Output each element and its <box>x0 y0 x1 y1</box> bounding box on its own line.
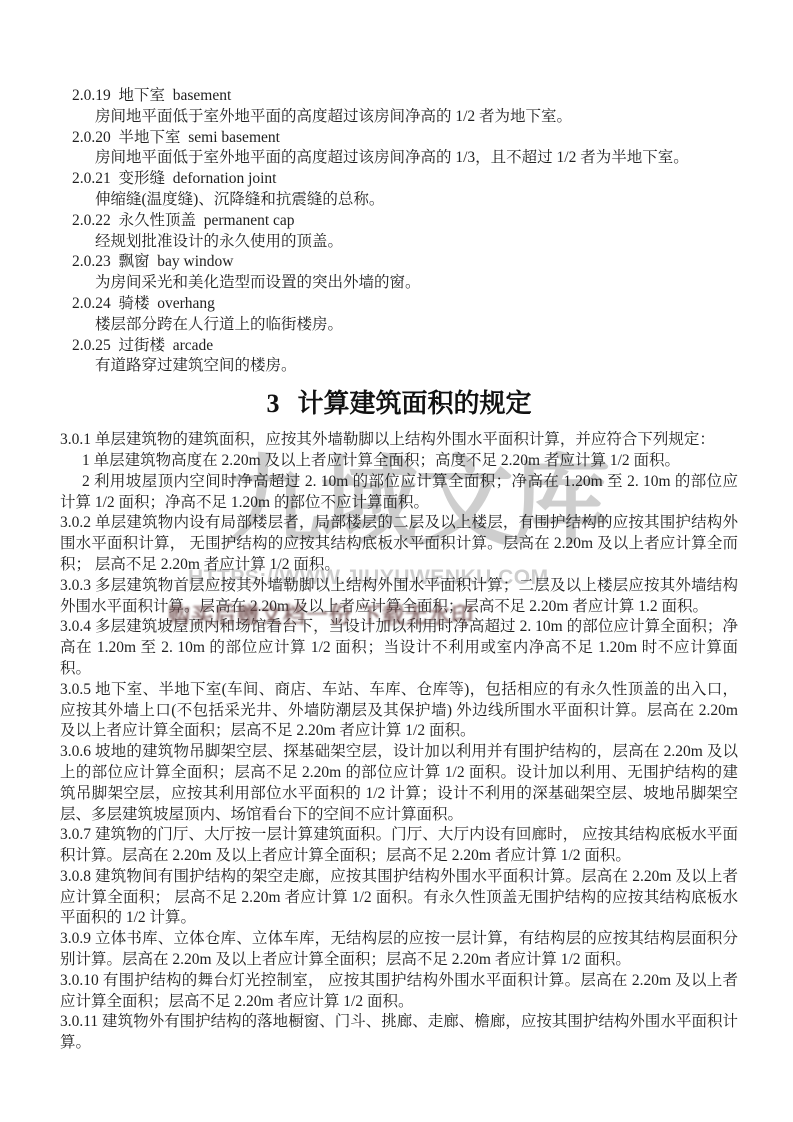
article-3-0-1: 3.0.1 单层建筑物的建筑面积，应按其外墙勒脚以上结构外围水平面积计算，并应符… <box>60 430 738 451</box>
term-line-2-0-24: 2.0.24 骑楼 overhang <box>60 294 738 315</box>
term-line-2-0-22: 2.0.22 永久性顶盖 permanent cap <box>60 211 738 232</box>
article-3-0-5: 3.0.5 地下室、半地下室(车间、商店、车站、车库、仓库等)，包括相应的有永久… <box>60 680 738 742</box>
term-line-2-0-20: 2.0.20 半地下室 semi basement <box>60 128 738 149</box>
term-line-2-0-23: 2.0.23 飘窗 bay window <box>60 252 738 273</box>
document-page: 九域文库 HTTPS://WWW.JIUYUWENKU.COM 购买后赠文档一份… <box>0 0 793 1122</box>
term-line-2-0-21: 2.0.21 变形缝 defornation joint <box>60 169 738 190</box>
definition-line-2-0-23: 为房间采光和美化造型而设置的突出外墙的窗。 <box>60 273 738 294</box>
section-number: 3 <box>266 389 279 418</box>
article-3-0-11: 3.0.11 建筑物外有围护结构的落地橱窗、门斗、挑廊、走廊、檐廊，应按其围护结… <box>60 1012 738 1054</box>
definition-line-2-0-19: 房间地平面低于室外地平面的高度超过该房间净高的 1/2 者为地下室。 <box>60 107 738 128</box>
definition-line-2-0-20: 房间地平面低于室外地平面的高度超过该房间净高的 1/3，且不超过 1/2 者为半… <box>60 148 738 169</box>
article-3-0-7: 3.0.7 建筑物的门厅、大厅按一层计算建筑面积。门厅、大厅内设有回廊时， 应按… <box>60 825 738 867</box>
definition-line-2-0-21: 伸缩缝(温度缝)、沉降缝和抗震缝的总称。 <box>60 190 738 211</box>
article-3-0-1-item-1: 1 单层建筑物高度在 2.20m 及以上者应计算全面积；高度不足 2.20m 者… <box>60 451 738 472</box>
definition-line-2-0-25: 有道路穿过建筑空间的楼房。 <box>60 356 738 377</box>
article-3-0-1-item-2: 2 利用坡屋顶内空间时净高超过 2. 10m 的部位应计算全面积；净高在 1.2… <box>60 472 738 514</box>
article-3-0-8: 3.0.8 建筑物间有围护结构的架空走廊，应按其围护结构外围水平面积计算。层高在… <box>60 867 738 929</box>
article-3-0-6: 3.0.6 坡地的建筑物吊脚架空层、探基础架空层，设计加以利用并有围护结构的，层… <box>60 742 738 825</box>
section-title: 计算建筑面积的规定 <box>297 389 531 418</box>
term-line-2-0-19: 2.0.19 地下室 basement <box>60 86 738 107</box>
article-3-0-2: 3.0.2 单层建筑物内设有局部楼层者，局部楼层的二层及以上楼层，有围护结构的应… <box>60 513 738 575</box>
watermark-notice-band: 购买后赠文档一份 下载无水印 <box>168 599 474 630</box>
document-content: 2.0.19 地下室 basement 房间地平面低于室外地平面的高度超过该房间… <box>60 86 738 1054</box>
article-3-0-10: 3.0.10 有围护结构的舞台灯光控制室， 应按其围护结构外围水平面积计算。层高… <box>60 971 738 1013</box>
terms-section: 2.0.19 地下室 basement 房间地平面低于室外地平面的高度超过该房间… <box>60 86 738 377</box>
definition-line-2-0-22: 经规划批准设计的永久使用的顶盖。 <box>60 232 738 253</box>
definition-line-2-0-24: 楼层部分跨在人行道上的临街楼房。 <box>60 315 738 336</box>
term-line-2-0-25: 2.0.25 过街楼 arcade <box>60 336 738 357</box>
section-heading: 3计算建筑面积的规定 <box>60 387 738 421</box>
articles-section: 3.0.1 单层建筑物的建筑面积，应按其外墙勒脚以上结构外围水平面积计算，并应符… <box>60 430 738 1054</box>
article-3-0-9: 3.0.9 立体书库、立体仓库、立体车库，无结构层的应按一层计算，有结构层的应按… <box>60 929 738 971</box>
